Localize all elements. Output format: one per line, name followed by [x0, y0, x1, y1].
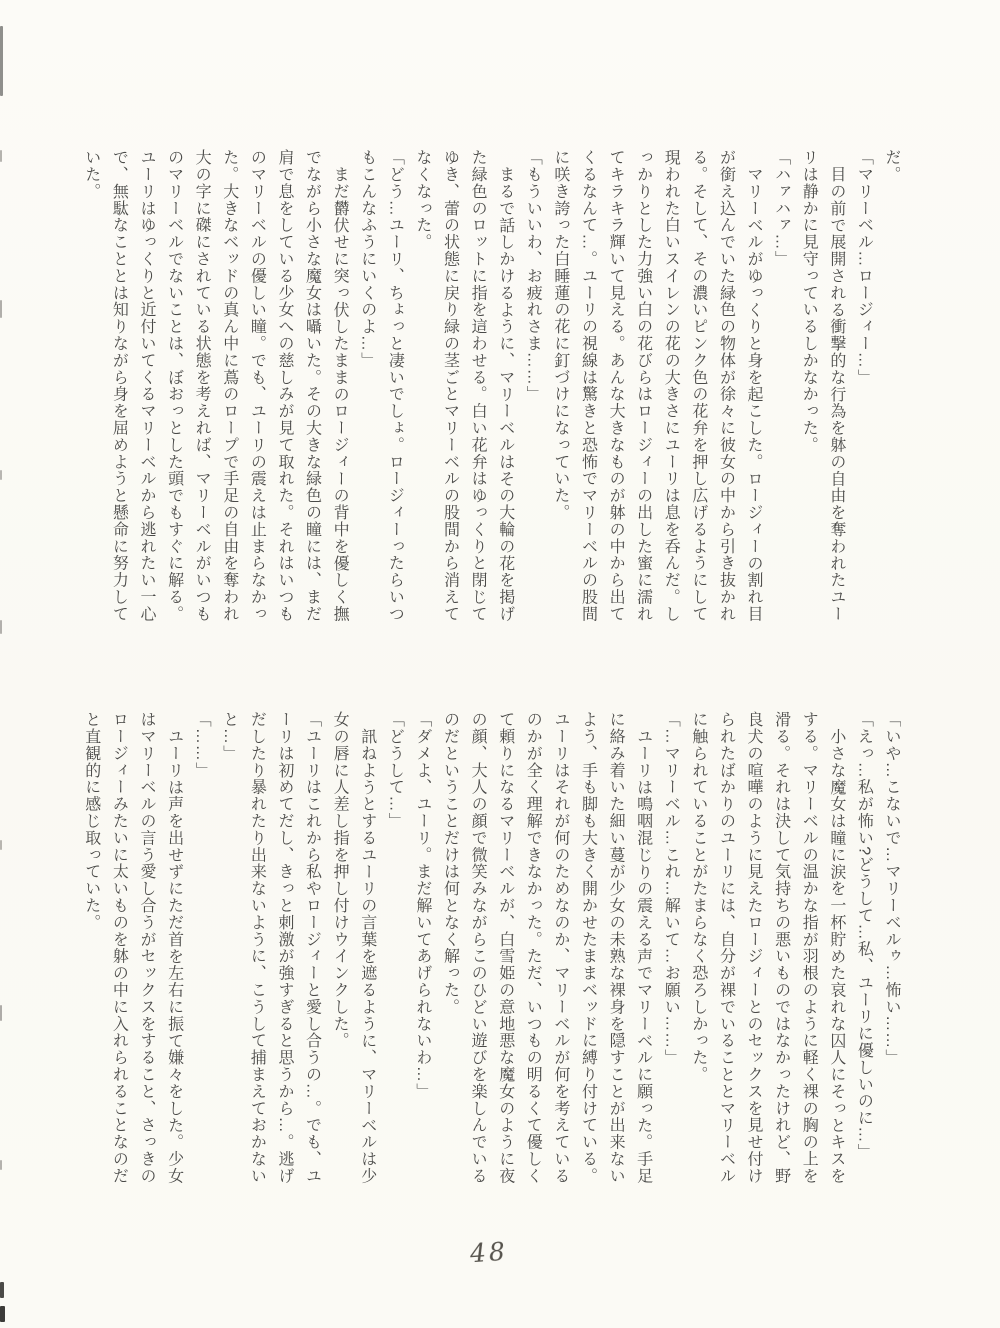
- scan-speck: [0, 1306, 5, 1322]
- scan-speck: [0, 840, 2, 850]
- paragraph: 目の前で展開される衝撃的な行為を躰の自由を奪われたユーリは静かに見守っているしか…: [795, 149, 850, 623]
- paragraph: まるで話しかけるように、マリーベルはその大輪の花を掲げた緑色のロットに指を這わせ…: [408, 149, 518, 623]
- paragraph: 「…マリーベル…これ…解いて…お願い……」: [657, 711, 685, 1185]
- paragraph: 「……」: [188, 711, 216, 1185]
- page-number: 48: [469, 1237, 509, 1269]
- scan-speck: [0, 620, 2, 634]
- paragraph: 「ダメよ、ユーリ。まだ解いてあげられないわ…」: [408, 711, 436, 1185]
- scan-speck: [0, 300, 2, 318]
- paragraph: 「えっ…私が怖い?どうして…私、ユーリに優しいのに…」: [850, 711, 878, 1185]
- paragraph: ユーリは鳴咽混じりの震える声でマリーベルに願った。手足に絡み着いた細い蔓が少女の…: [436, 711, 657, 1185]
- upper-text-block: だ。「マリーベル…ロージィー…」目の前で展開される衝撃的な行為を躰の自由を奪われ…: [77, 149, 905, 623]
- scanned-page: だ。「マリーベル…ロージィー…」目の前で展開される衝撃的な行為を躰の自由を奪われ…: [0, 0, 1000, 1328]
- paragraph: 「いや…こないで…マリーベルゥ…怖い……」: [877, 711, 905, 1185]
- paragraph: だ。: [877, 149, 905, 623]
- paragraph: 「マリーベル…ロージィー…」: [850, 149, 878, 623]
- paragraph: 「ハァハァ…」: [767, 149, 795, 623]
- lower-text-block: 「いや…こないで…マリーベルゥ…怖い……」「えっ…私が怖い?どうして…私、ユーリ…: [77, 711, 905, 1185]
- paragraph: 「もういいわ、お疲れさま……」: [519, 149, 547, 623]
- paragraph: 「どう…ユーリ、ちょっと凄いでしょ。ロージィーったらいつもこんなふうにいくのよ……: [353, 149, 408, 623]
- paragraph: ユーリは声を出せずにただ首を左右に振て嫌々をした。少女はマリーベルの言う愛し合う…: [77, 711, 187, 1185]
- paragraph: 「ユーリはこれから私やロージィーと愛し合うの…。でも、ユーリは初めてだし、きっと…: [215, 711, 325, 1185]
- scan-speck: [0, 26, 3, 96]
- paragraph: 「どうして…」: [381, 711, 409, 1185]
- scan-speck: [0, 1005, 2, 1021]
- scan-speck: [0, 1160, 2, 1170]
- scan-speck: [0, 470, 2, 480]
- paragraph: 訊ねようとするユーリの言葉を遮るように、マリーベルは少女の唇に人差し指を押し付け…: [326, 711, 381, 1185]
- scan-speck: [0, 1282, 4, 1298]
- paragraph: マリーベルがゆっくりと身を起こした。ロージィーの割れ目が銜え込んでいた緑色の物体…: [546, 149, 767, 623]
- paragraph: 小さな魔女は瞳に涙を一杯貯めた哀れな囚人にそっとキスをする。マリーベルの温かな指…: [684, 711, 850, 1185]
- paragraph: まだ欝伏せに突っ伏したままのロージィーの背中を優しく撫でながら小さな魔女は囁いた…: [77, 149, 353, 623]
- scan-speck: [0, 150, 2, 162]
